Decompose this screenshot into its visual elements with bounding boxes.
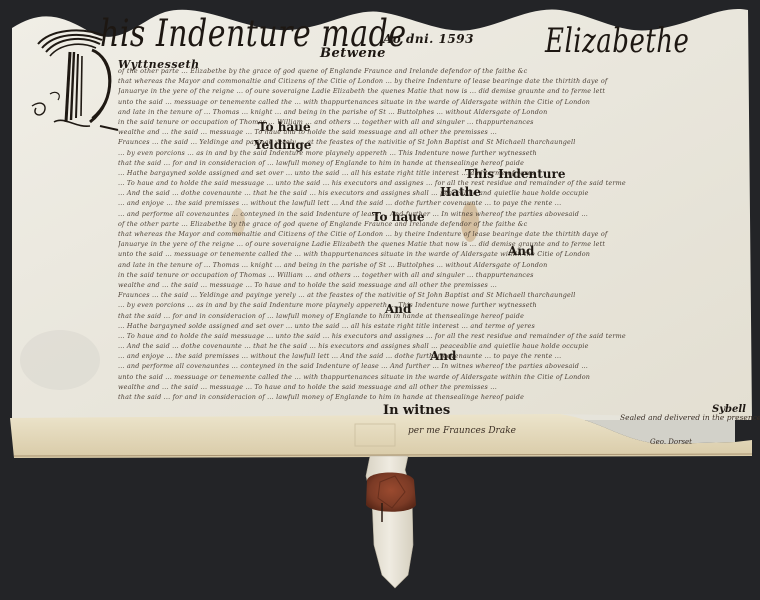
body-line: unto the said ... messuage or tenemente … — [118, 372, 743, 382]
body-line: ... Hathe bargayned solde assigned and s… — [118, 321, 743, 331]
keyword-this-indenture: This Indenture — [465, 167, 565, 181]
body-line: that the said ... for and in consideraci… — [118, 392, 743, 402]
witness-signature: Sealed and delivered in the presence of — [620, 413, 760, 422]
body-line: ... To haue and to holde the said messua… — [118, 178, 743, 188]
body-line: ... To haue and to holde the said messua… — [118, 331, 743, 341]
body-line: that whereas the Mayor and commonaltie a… — [118, 76, 743, 86]
body-line: that the said ... for and in consideraci… — [118, 158, 743, 168]
body-line: of the other parte ... Elizabethe by the… — [118, 66, 743, 76]
heading-between: Betwene — [320, 46, 386, 61]
body-line: Fraunces ... the said ... Yeldinge and p… — [118, 290, 743, 300]
body-line: of the other parte ... Elizabethe by the… — [118, 219, 743, 229]
body-line: wealthe and ... the said ... messuage ..… — [118, 280, 743, 290]
keyword-and-3: And — [430, 349, 456, 363]
body-line: ... by even porcions ... as in and by th… — [118, 148, 743, 158]
body-line: ... and performe all covenauntes ... con… — [118, 209, 743, 219]
body-line: and late in the tenure of ... Thomas ...… — [118, 107, 743, 117]
keyword-yeldinge: Yeldinge — [254, 138, 311, 152]
body-line: wealthe and ... the said ... messuage ..… — [118, 127, 743, 137]
witness-signature-2: Geo. Dorset — [650, 438, 692, 446]
body-line: in the said tenure or occupation of Thom… — [118, 270, 743, 280]
body-line: ... And the said ... dothe covenaunte ..… — [118, 188, 743, 198]
body-line: unto the said ... messuage or tenemente … — [118, 249, 743, 259]
body-line: unto the said ... messuage or tenemente … — [118, 97, 743, 107]
wax-seal-icon — [366, 470, 416, 515]
keyword-to-haue-2: To haue — [372, 210, 425, 224]
heading-year: Ao dni. 1593 — [383, 32, 474, 46]
keyword-and-2: And — [385, 302, 411, 316]
body-line: ... Hathe bargayned solde assigned and s… — [118, 168, 743, 178]
body-line: in the said tenure or occupation of Thom… — [118, 117, 743, 127]
body-line: wealthe and ... the said ... messuage ..… — [118, 382, 743, 392]
body-line: Fraunces ... the said ... Yeldinge and p… — [118, 137, 743, 147]
keyword-in-witnes: In witnes — [383, 403, 450, 418]
body-line: Januarye in the yere of the reigne ... o… — [118, 86, 743, 96]
body-line: Januarye in the yere of the reigne ... o… — [118, 239, 743, 249]
plica-signature: per me Fraunces Drake — [408, 426, 516, 436]
body-line: that the said ... for and in consideraci… — [118, 311, 743, 321]
keyword-hathe: Hathe — [440, 185, 481, 199]
keyword-to-haue: To haue — [258, 120, 311, 134]
body-line: and late in the tenure of ... Thomas ...… — [118, 260, 743, 270]
body-line: that whereas the Mayor and commonaltie a… — [118, 229, 743, 239]
document-stage: his Indenture made Ao dni. 1593 Elizabet… — [0, 0, 760, 600]
keyword-and: And — [508, 244, 534, 258]
heading-sovereign: Elizabethe — [545, 22, 689, 61]
body-line: ... by even porcions ... as in and by th… — [118, 300, 743, 310]
body-line: ... and enjoye ... the said premisses ..… — [118, 198, 743, 208]
